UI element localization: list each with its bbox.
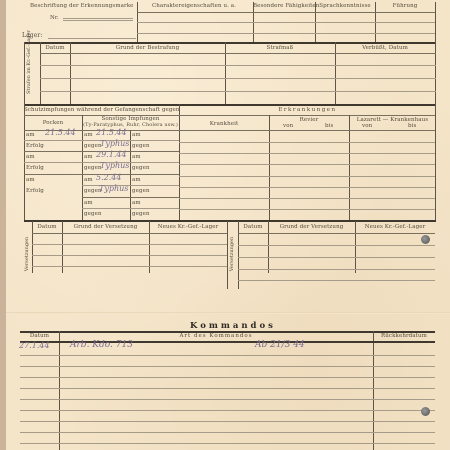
other-vacc-date-2[interactable]: 29.1.44	[96, 150, 127, 159]
transfers-left-side-label: Versetzungen	[24, 229, 30, 279]
tr-col-neues-lager: Neues Kr.-Gef.-Lager	[355, 224, 435, 230]
transfers-right-side-label: Versetzungen	[229, 229, 235, 279]
illness-row[interactable]	[179, 153, 436, 154]
nr-field[interactable]	[63, 18, 133, 19]
punch-hole-lower	[421, 407, 430, 416]
language-label: Sprachkenntnisse	[315, 3, 375, 9]
transfer-row[interactable]	[238, 257, 435, 258]
kommandos-title: Kommandos	[190, 321, 276, 331]
punishment-row[interactable]	[40, 65, 436, 66]
other-vacc-against-3[interactable]: Typhus	[99, 184, 128, 193]
transfer-row[interactable]	[238, 245, 435, 246]
pocken-label: Pocken	[24, 120, 82, 126]
col-datum: Datum	[40, 45, 70, 51]
illness-row[interactable]	[179, 176, 436, 177]
col-verbuesst: Verbüßt, Datum	[335, 45, 435, 51]
other-vacc-date-1[interactable]: 21.5.44	[96, 128, 127, 137]
kommando-row[interactable]	[20, 355, 435, 356]
illness-row[interactable]	[179, 198, 436, 199]
character-row-2[interactable]	[137, 33, 435, 34]
illness-row[interactable]	[179, 164, 436, 165]
fold-crease	[6, 312, 450, 314]
k-col-rueckkehr: Rückkehrdatum	[373, 333, 435, 339]
k-col-art: Art des Kommandos	[59, 333, 373, 339]
conduct-label: Führung	[375, 3, 435, 9]
col-strafmass: Strafmaß	[225, 45, 335, 51]
illness-row[interactable]	[179, 187, 436, 188]
k-col-datum: Datum	[20, 333, 59, 339]
transfer-row[interactable]	[32, 244, 227, 245]
tag-description-label: Beschriftung der Erkennungsmarke	[30, 3, 130, 9]
vaccinations-header: Schutzimpfungen während der Gefangenscha…	[24, 107, 179, 113]
tl-col-neues-lager: Neues Kr.-Gef.-Lager	[149, 224, 227, 230]
col-krankheit: Krankheit	[179, 121, 269, 127]
kommando-row[interactable]	[20, 443, 435, 444]
transfer-row[interactable]	[32, 255, 227, 256]
character-row-1[interactable]	[137, 22, 435, 23]
kommando-row[interactable]	[20, 366, 435, 367]
punishment-row[interactable]	[40, 91, 436, 92]
transfer-row[interactable]	[32, 266, 227, 267]
col-revier: Revier	[269, 117, 349, 123]
other-vacc-date-3[interactable]: 5.2.44	[96, 173, 121, 182]
character-label: Charaktereigenschaften u. a.	[138, 3, 250, 9]
kommando-row[interactable]	[20, 410, 435, 411]
punch-hole-upper	[421, 235, 430, 244]
tl-col-datum: Datum	[32, 224, 62, 230]
lager-field[interactable]	[48, 38, 136, 39]
illness-row[interactable]	[179, 142, 436, 143]
transfer-row[interactable]	[238, 269, 435, 270]
punishment-row[interactable]	[40, 78, 436, 79]
tr-col-datum: Datum	[238, 224, 268, 230]
tr-col-grund: Grund der Versetzung	[268, 224, 355, 230]
kommando-row[interactable]	[20, 388, 435, 389]
kommando-row[interactable]	[20, 399, 435, 400]
nr-label: Nr.	[50, 15, 59, 21]
illnesses-header: Erkrankungen	[179, 107, 436, 113]
other-vacc-against-1[interactable]: Typhus	[100, 139, 129, 148]
kommando-date-1[interactable]: 27.1.44	[19, 341, 50, 350]
pocken-date-1[interactable]: 21.5.44	[45, 128, 76, 137]
kommando-row[interactable]	[20, 377, 435, 378]
kommando-note-1[interactable]: Ab 21/3 44	[255, 340, 305, 350]
other-vacc-against-2[interactable]: Typhus	[100, 161, 129, 170]
illness-row[interactable]	[179, 209, 436, 210]
tl-col-grund: Grund der Versetzung	[62, 224, 149, 230]
kommando-row[interactable]	[20, 432, 435, 433]
col-grund-bestrafung: Grund der Bestrafung	[70, 45, 225, 51]
skills-label: Besondere Fähigkeiten	[253, 3, 315, 9]
punishments-side-label: Strafen im Kr.-Gef.-Lager	[26, 44, 32, 94]
kommando-row[interactable]	[20, 421, 435, 422]
kommando-type-1[interactable]: Arb. Kdo. 713	[70, 340, 133, 350]
